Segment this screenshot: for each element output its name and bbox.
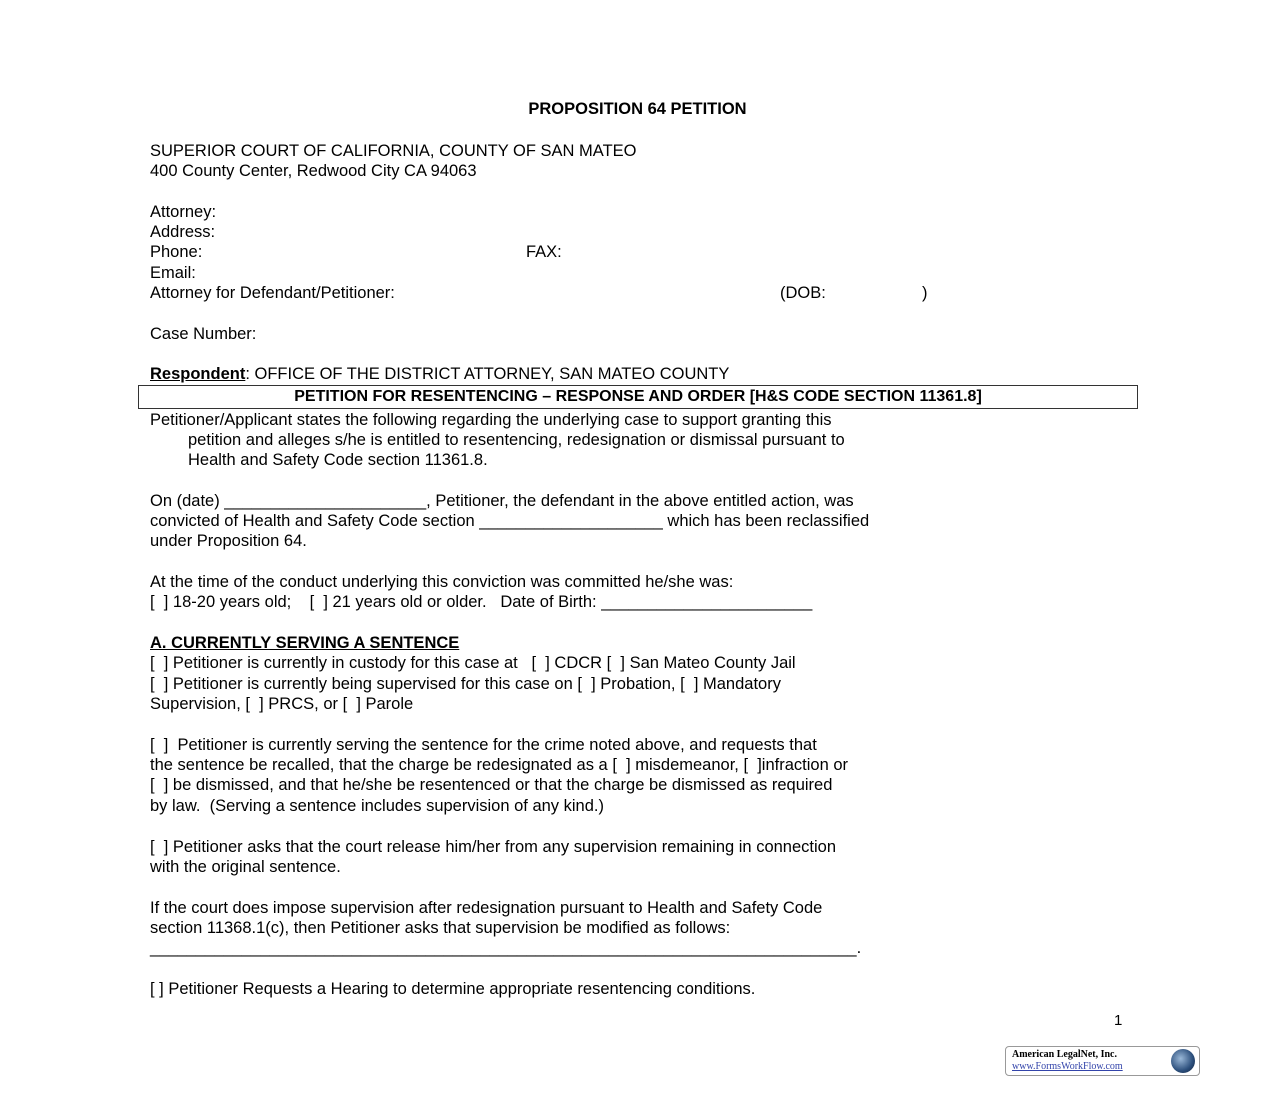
supervision-mod-blank[interactable]: ________________________________________… [150,938,861,958]
document-title: PROPOSITION 64 PETITION [0,100,1275,119]
respondent-label: Respondent [150,365,245,383]
supervision-mod-line: If the court does impose supervision aft… [150,898,822,918]
custody-checkbox-line[interactable]: [ ] Petitioner is currently in custody f… [150,653,796,673]
intro-line: Petitioner/Applicant states the followin… [150,410,832,430]
petition-heading-box: PETITION FOR RESENTENCING – RESPONSE AND… [138,385,1138,409]
fax-label: FAX: [526,242,562,262]
email-label: Email: [150,263,196,283]
supervision-mod-line: section 11368.1(c), then Petitioner asks… [150,918,730,938]
attorney-for-label: Attorney for Defendant/Petitioner: [150,283,395,303]
phone-label: Phone: [150,242,202,262]
section-a-heading: A. CURRENTLY SERVING A SENTENCE [150,633,459,653]
release-line: with the original sentence. [150,857,341,877]
serving-line[interactable]: [ ] Petitioner is currently serving the … [150,735,817,755]
page-number: 1 [1114,1012,1122,1029]
intro-line: Health and Safety Code section 11361.8. [188,450,488,470]
logo-company-name: American LegalNet, Inc. [1012,1049,1117,1060]
address-label: Address: [150,222,215,242]
court-address: 400 County Center, Redwood City CA 94063 [150,161,477,181]
supervision-checkbox-line[interactable]: Supervision, [ ] PRCS, or [ ] Parole [150,694,413,714]
serving-line[interactable]: [ ] be dismissed, and that he/she be res… [150,775,832,795]
age-line: At the time of the conduct underlying th… [150,572,733,592]
intro-line: petition and alleges s/he is entitled to… [188,430,845,450]
case-number-label: Case Number: [150,324,256,344]
attorney-label: Attorney: [150,202,216,222]
dob-label: (DOB: [780,283,826,303]
hearing-checkbox-line[interactable]: [ ] Petitioner Requests a Hearing to det… [150,979,755,999]
respondent-value: : OFFICE OF THE DISTRICT ATTORNEY, SAN M… [245,365,729,383]
age-checkboxes[interactable]: [ ] 18-20 years old; [ ] 21 years old or… [150,592,812,612]
serving-line: by law. (Serving a sentence includes sup… [150,796,604,816]
court-name: SUPERIOR COURT OF CALIFORNIA, COUNTY OF … [150,141,637,161]
supervision-checkbox-line[interactable]: [ ] Petitioner is currently being superv… [150,674,781,694]
footer-logo[interactable]: American LegalNet, Inc. www.FormsWorkFlo… [1005,1046,1200,1076]
conviction-line: under Proposition 64. [150,531,307,551]
globe-icon [1171,1049,1195,1073]
conviction-line: convicted of Health and Safety Code sect… [150,511,869,531]
conviction-line: On (date) ______________________, Petiti… [150,491,854,511]
dob-close: ) [922,283,928,303]
logo-url-link[interactable]: www.FormsWorkFlow.com [1012,1061,1123,1072]
release-line[interactable]: [ ] Petitioner asks that the court relea… [150,837,836,857]
respondent-line: Respondent: OFFICE OF THE DISTRICT ATTOR… [150,364,729,384]
serving-line[interactable]: the sentence be recalled, that the charg… [150,755,848,775]
